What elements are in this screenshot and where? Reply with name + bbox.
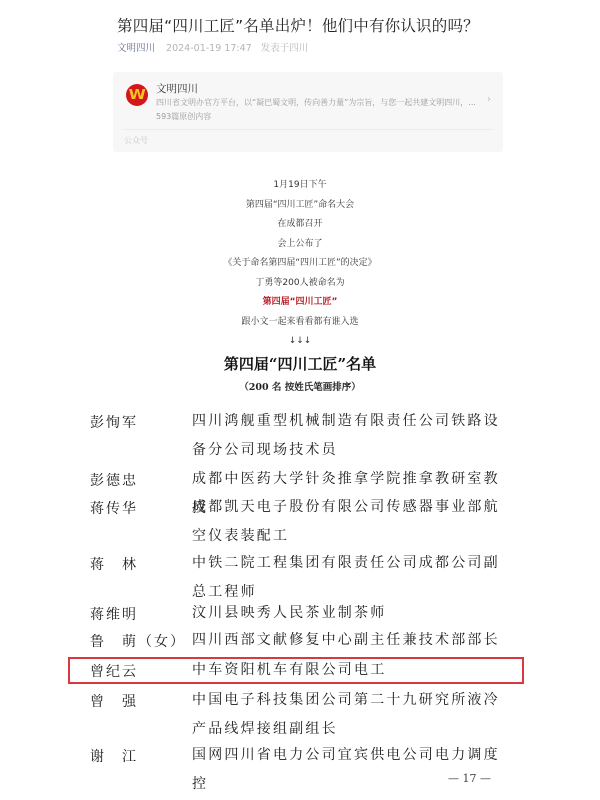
intro-text: 1月19日下午 第四届“四川工匠”命名大会 在成都召开 会上公布了 《关于命名第…: [0, 176, 600, 352]
intro-line-highlight: 第四届“四川工匠”: [0, 293, 600, 313]
chevron-right-icon: ›: [487, 94, 491, 105]
intro-line: 《关于命名第四届“四川工匠”的决定》: [0, 254, 600, 274]
document-subtitle: （200 名 按姓氏笔画排序）: [0, 379, 600, 393]
intro-line: 第四届“四川工匠”命名大会: [0, 196, 600, 216]
worker-name: 曾 强: [90, 691, 190, 711]
document-title: 第四届“四川工匠”名单: [0, 353, 600, 374]
intro-line: 会上公布了: [0, 235, 600, 255]
worker-position: 国网四川省电力公司宜宾供电公司电力调度控: [192, 741, 512, 798]
author-link[interactable]: 文明四川: [117, 43, 155, 54]
worker-position: 四川鸿舰重型机械制造有限责任公司铁路设备分公司现场技术员: [192, 407, 512, 464]
page-number: — 17 —: [448, 772, 491, 785]
worker-position: 中铁二院工程集团有限责任公司成都公司副总工程师: [192, 549, 512, 606]
worker-name: 谢 江: [90, 746, 190, 766]
intro-line: 1月19日下午: [0, 176, 600, 196]
account-description: 四川省文明办官方平台，以“凝巴蜀文明，传向善力量”为宗旨，与您一起共建文明四川，…: [156, 97, 476, 108]
card-divider: [123, 129, 493, 130]
down-arrows-icon: ↓↓↓: [0, 332, 600, 352]
worker-position: 中国电子科技集团公司第二十九研究所液冷产品线焊接组副组长: [192, 686, 512, 743]
account-logo-icon: W: [126, 84, 148, 106]
article-meta: 文明四川 2024-01-19 17:47 发表于四川: [117, 40, 308, 54]
article-title: 第四届“四川工匠”名单出炉！他们中有你认识的吗？: [117, 14, 479, 36]
worker-name: 彭德忠: [90, 470, 190, 490]
intro-line: 在成都召开: [0, 215, 600, 235]
account-article-count: 593篇原创内容: [156, 111, 211, 122]
account-card[interactable]: W 文明四川 四川省文明办官方平台，以“凝巴蜀文明，传向善力量”为宗旨，与您一起…: [113, 72, 503, 152]
publish-time: 2024-01-19 17:47: [166, 43, 252, 54]
worker-name: 鲁 萌（女）: [90, 631, 190, 651]
highlight-box: [68, 657, 524, 684]
worker-position: 成都凯天电子股份有限公司传感器事业部航空仪表装配工: [192, 493, 512, 550]
publish-location: 发表于四川: [261, 43, 309, 54]
worker-name: 彭恂军: [90, 412, 190, 432]
intro-line: 跟小文一起来看看都有谁入选: [0, 313, 600, 333]
account-name: 文明四川: [156, 81, 198, 96]
worker-name: 蒋 林: [90, 554, 190, 574]
worker-name: 蒋维明: [90, 604, 190, 624]
account-type-label: 公众号: [124, 135, 148, 146]
worker-name: 蒋传华: [90, 498, 190, 518]
intro-line: 丁勇等200人被命名为: [0, 274, 600, 294]
worker-position: 汶川县映秀人民茶业制茶师: [192, 599, 512, 628]
worker-position: 四川西部文献修复中心副主任兼技术部部长: [192, 626, 512, 655]
